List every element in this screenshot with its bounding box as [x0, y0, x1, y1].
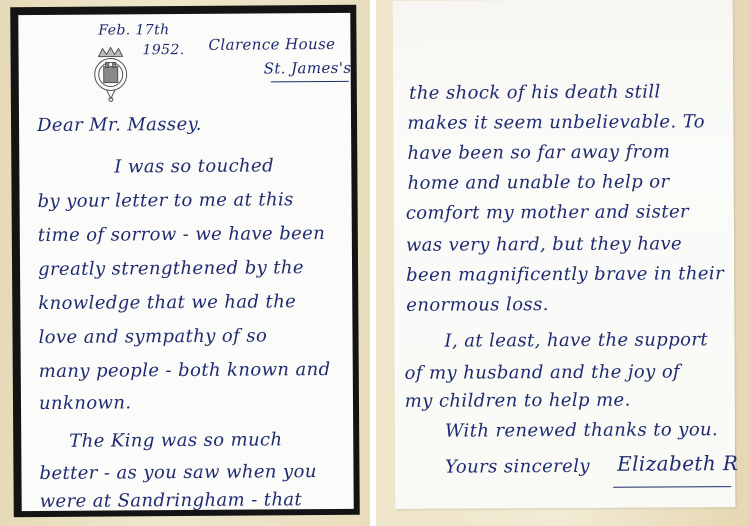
letter-sheet-page-1: Feb. 17th 1952. Clarence House St. James…: [18, 13, 353, 511]
signature-underline: [613, 486, 731, 488]
letter-line: love and sympathy of so: [38, 325, 267, 348]
date-day: Feb. 17th: [98, 22, 169, 38]
royal-crest-icon: [88, 44, 132, 104]
letter-line: were at Sandringham - that: [40, 489, 303, 512]
letter-line: The King was so much: [69, 429, 282, 451]
letter-line: the shock of his death still: [409, 81, 661, 103]
salutation: Dear Mr. Massey.: [37, 114, 202, 136]
letter-line: comfort my mother and sister: [406, 201, 689, 223]
letter-line: With renewed thanks to you.: [445, 419, 718, 441]
letter-line: home and unable to help or: [408, 171, 670, 193]
letter-line: my children to help me.: [405, 390, 631, 412]
address-line-1: Clarence House: [208, 35, 335, 54]
letter-line: knowledge that we had the: [38, 291, 296, 314]
letter-line: have been so far away from: [407, 141, 670, 163]
letter-line: unknown.: [39, 392, 132, 414]
address-line-2: St. James's: [264, 59, 352, 78]
black-mount-frame: Feb. 17th 1952. Clarence House St. James…: [10, 5, 360, 517]
letter-page-2-photo: the shock of his death still makes it se…: [376, 0, 750, 526]
letter-line: I was so touched: [114, 155, 274, 177]
letter-page-1-photo: Feb. 17th 1952. Clarence House St. James…: [0, 0, 370, 526]
letter-line: greatly strengthened by the: [38, 257, 304, 280]
address-underline: [271, 81, 349, 83]
date-year: 1952.: [142, 42, 184, 58]
letter-line: by your letter to me at this: [38, 189, 294, 212]
closing: Yours sincerely: [445, 456, 590, 478]
letter-line: time of sorrow - we have been: [38, 223, 326, 246]
signature: Elizabeth R: [617, 451, 738, 476]
letter-line: makes it seem unbelievable. To: [407, 111, 705, 134]
letter-line: been magnificently brave in their: [406, 263, 724, 286]
letter-line: many people - both known and: [39, 359, 331, 382]
letter-line: better - as you saw when you: [39, 461, 316, 484]
letter-sheet-page-2: the shock of his death still makes it se…: [393, 0, 736, 509]
letter-line: I, at least, have the support: [444, 329, 708, 351]
letter-line: was very hard, but they have: [406, 233, 682, 255]
letter-line: of my husband and the joy of: [405, 361, 681, 383]
letter-line: enormous loss.: [406, 294, 549, 316]
